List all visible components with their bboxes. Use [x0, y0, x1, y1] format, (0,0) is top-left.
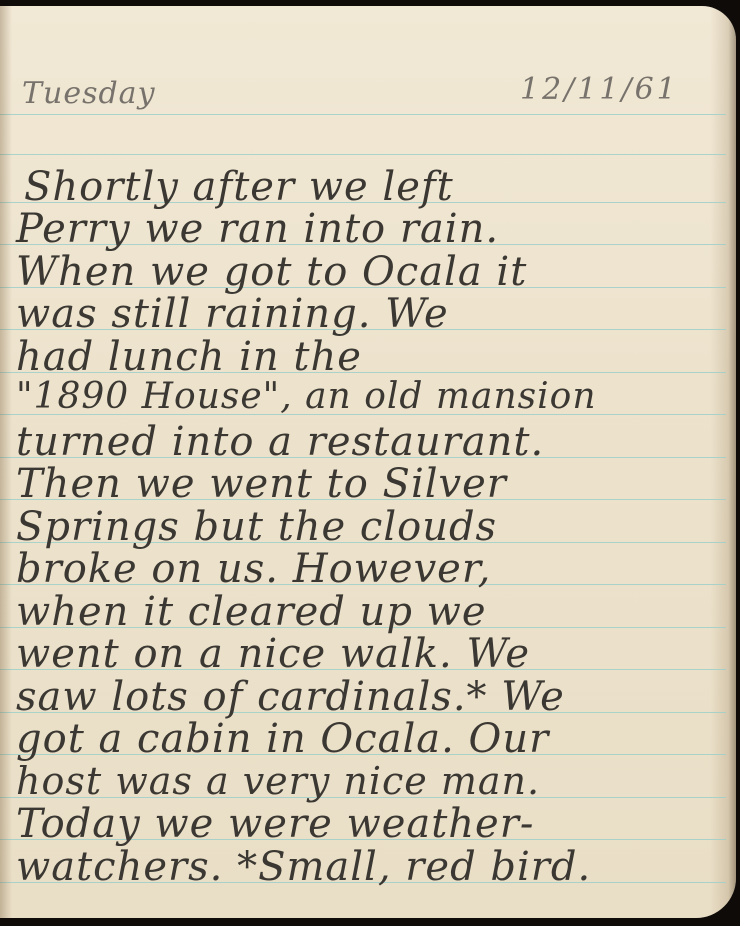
entry-line: When we got to Ocala it [16, 249, 716, 295]
entry-date: 12/11/61 [520, 72, 679, 107]
ruled-line [0, 154, 726, 155]
entry-line: Shortly after we left [24, 164, 716, 210]
entry-line: got a cabin in Ocala. Our [16, 716, 716, 762]
entry-line: "1890 House", an old mansion [16, 376, 716, 417]
entry-line: saw lots of cardinals.* We [16, 674, 716, 720]
entry-line: turned into a restaurant. [16, 419, 716, 465]
entry-line: had lunch in the [16, 334, 716, 380]
notebook-page: Tuesday 12/11/61 Shortly after we left P… [0, 6, 736, 918]
entry-line: broke on us. However, [16, 546, 716, 592]
entry-line: host was a very nice man. [16, 759, 716, 803]
entry-line: went on a nice walk. We [16, 631, 716, 677]
entry-line: Then we went to Silver [16, 461, 716, 507]
entry-line: watchers. *Small, red bird. [16, 844, 716, 890]
entry-line: Perry we ran into rain. [16, 206, 716, 252]
entry-line: when it cleared up we [16, 589, 716, 635]
ruled-line [0, 114, 726, 115]
entry-line: Springs but the clouds [16, 504, 716, 550]
entry-line: was still raining. We [16, 291, 716, 337]
entry-line: Today we were weather- [16, 801, 716, 847]
